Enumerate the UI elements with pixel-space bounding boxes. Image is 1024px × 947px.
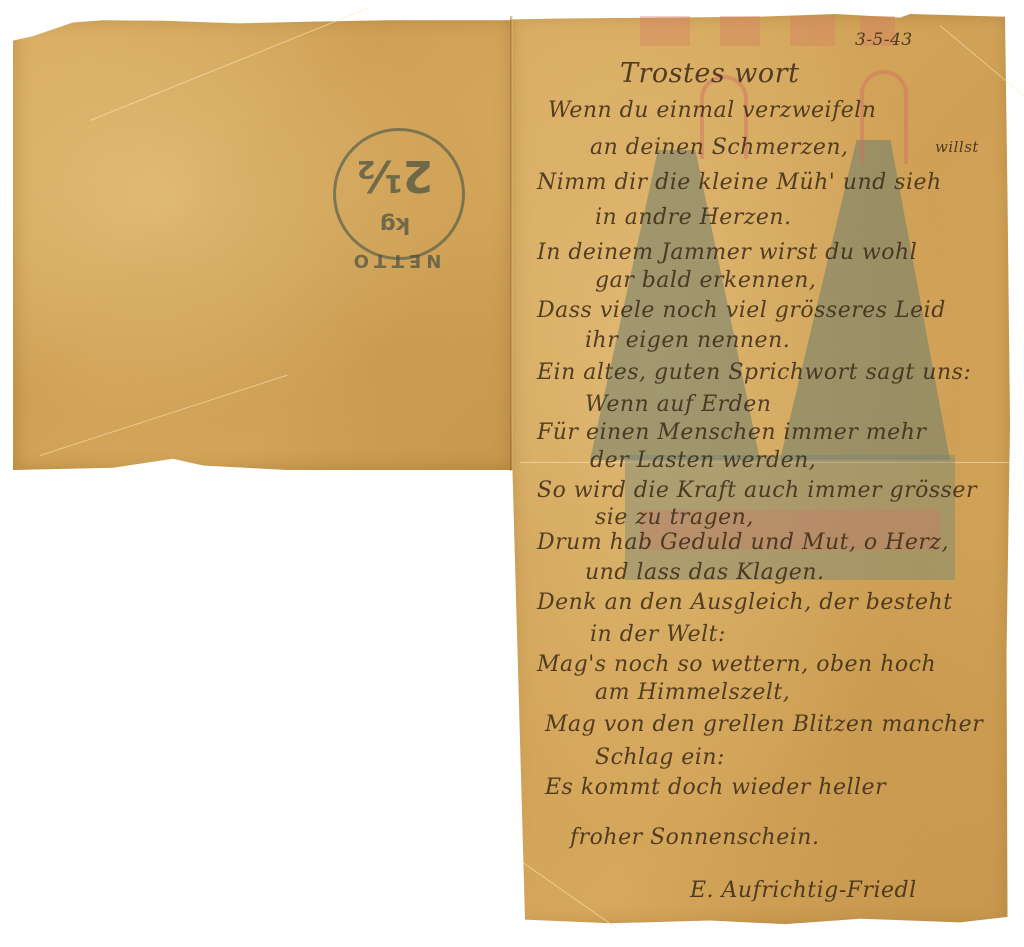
poem-line: Drum hab Geduld und Mut, o Herz,: [537, 530, 949, 555]
poem-line: Es kommt doch wieder heller: [545, 775, 886, 800]
poem-line: Wenn auf Erden: [585, 392, 771, 417]
stamp-netto-label: NETTO: [335, 250, 455, 271]
poem-line: ihr eigen nennen.: [585, 328, 790, 353]
poem-line: an deinen Schmerzen,: [590, 135, 849, 160]
red-print-mark: [790, 16, 835, 46]
poem-line: froher Sonnenschein.: [570, 825, 819, 850]
poem-line: der Lasten werden,: [590, 448, 816, 473]
poem-title: Trostes wort: [620, 58, 799, 89]
correction-insert: willst: [935, 138, 979, 156]
poem-line: Schlag ein:: [595, 745, 725, 770]
poem-line: Ein altes, guten Sprichwort sagt uns:: [537, 360, 971, 385]
poem-line: und lass das Klagen.: [585, 560, 824, 585]
poem-line: am Himmelszelt,: [595, 680, 790, 705]
poem-line: Nimm dir die kleine Müh' und sieh: [537, 170, 942, 195]
poem-line: Denk an den Ausgleich, der besteht: [537, 590, 953, 615]
red-print-mark: [720, 16, 760, 46]
stamp-weight: 2½: [345, 150, 445, 201]
poem-line: Mag's noch so wettern, oben hoch: [537, 652, 936, 677]
signature: E. Aufrichtig-Friedl: [690, 878, 917, 903]
poem-line: So wird die Kraft auch immer grösser: [537, 478, 977, 503]
poem-line: Wenn du einmal verzweifeln: [548, 98, 876, 123]
poem-line: Für einen Menschen immer mehr: [537, 420, 926, 445]
poem-line: gar bald erkennen,: [595, 268, 816, 293]
poem-line: Mag von den grellen Blitzen mancher: [545, 712, 983, 737]
poem-line: Dass viele noch viel grösseres Leid: [537, 298, 946, 323]
poem-line: sie zu tragen,: [595, 505, 754, 530]
poem-line: In deinem Jammer wirst du wohl: [537, 240, 917, 265]
red-print-mark: [640, 16, 690, 46]
fold-line: [510, 16, 513, 471]
date: 3-5-43: [855, 30, 913, 50]
stamp-unit: kg: [370, 212, 420, 237]
poem-line: in der Welt:: [590, 622, 726, 647]
poem-line: in andre Herzen.: [595, 205, 792, 230]
